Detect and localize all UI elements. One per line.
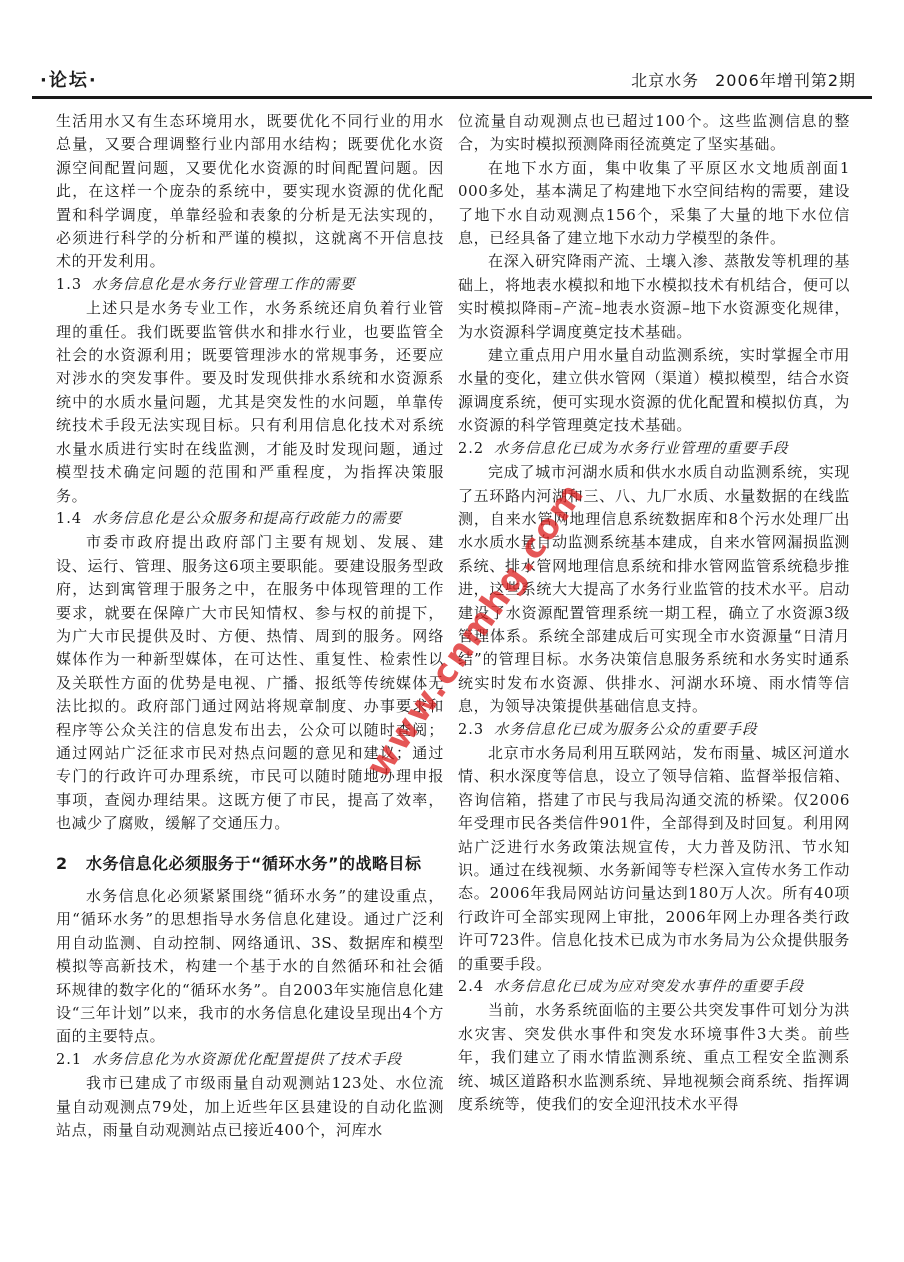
subsection-title: 水务信息化是水务行业管理工作的需要 <box>92 277 356 293</box>
journal-name: 北京水务 <box>631 71 699 90</box>
paragraph: 上述只是水务专业工作，水务系统还肩负着行业管理的重任。我们既要监管供水和排水行业… <box>56 297 444 508</box>
subsection-heading-2-1: 2.1水务信息化为水资源优化配置提供了技术手段 <box>56 1049 444 1072</box>
subsection-number: 2.1 <box>56 1049 92 1072</box>
journal-issue: 2006年增刊第2期 <box>715 71 856 90</box>
subsection-number: 2.4 <box>458 976 494 999</box>
subsection-title: 水务信息化为水资源优化配置提供了技术手段 <box>92 1052 402 1068</box>
subsection-number: 1.4 <box>56 508 92 531</box>
paragraph: 在地下水方面，集中收集了平原区水文地质剖面1 000多处，基本满足了构建地下水空… <box>458 157 850 251</box>
journal-info: 北京水务2006年增刊第2期 <box>631 68 856 91</box>
paragraph: 在深入研究降雨产流、土壤入渗、蒸散发等机理的基础上，将地表水模拟和地下水模拟技术… <box>458 250 850 344</box>
subsection-heading-1-3: 1.3水务信息化是水务行业管理工作的需要 <box>56 274 444 297</box>
paragraph: 完成了城市河湖水质和供水水质自动监测系统，实现了五环路内河湖和三、八、九厂水质、… <box>458 461 850 718</box>
subsection-heading-1-4: 1.4水务信息化是公众服务和提高行政能力的需要 <box>56 508 444 531</box>
paragraph: 我市已建成了市级雨量自动观测站123处、水位流量自动观测点79处，加上近些年区县… <box>56 1072 444 1142</box>
section-title: 水务信息化必须服务于“循环水务”的战略目标 <box>86 854 422 873</box>
subsection-title: 水务信息化已成为服务公众的重要手段 <box>494 722 758 738</box>
subsection-heading-2-4: 2.4水务信息化已成为应对突发水事件的重要手段 <box>458 976 850 999</box>
paragraph: 生活用水又有生态环境用水，既要优化不同行业的用水总量，又要合理调整行业内部用水结… <box>56 110 444 274</box>
subsection-number: 1.3 <box>56 274 92 297</box>
right-column: 位流量自动观测点也已超过100个。这些监测信息的整合，为实时模拟预测降雨径流奠定… <box>458 110 850 1116</box>
subsection-title: 水务信息化已成为水务行业管理的重要手段 <box>494 441 789 457</box>
subsection-heading-2-3: 2.3水务信息化已成为服务公众的重要手段 <box>458 719 850 742</box>
page-header <box>32 64 490 94</box>
paragraph: 当前，水务系统面临的主要公共突发事件可划分为洪水灾害、突发供水事件和突发水环境事… <box>458 999 850 1116</box>
section-number: 2 <box>56 852 86 875</box>
subsection-number: 2.3 <box>458 719 494 742</box>
paragraph: 北京市水务局利用互联网站，发布雨量、城区河道水情、积水深度等信息，设立了领导信箱… <box>458 742 850 976</box>
paragraph: 建立重点用户用水量自动监测系统，实时掌握全市用水量的变化，建立供水管网（渠道）模… <box>458 344 850 438</box>
section-heading-2: 2水务信息化必须服务于“循环水务”的战略目标 <box>56 852 444 875</box>
subsection-heading-2-2: 2.2水务信息化已成为水务行业管理的重要手段 <box>458 438 850 461</box>
header-divider <box>32 96 872 99</box>
paragraph: 位流量自动观测点也已超过100个。这些监测信息的整合，为实时模拟预测降雨径流奠定… <box>458 110 850 157</box>
column-label: ·论坛· <box>40 66 98 92</box>
subsection-title: 水务信息化是公众服务和提高行政能力的需要 <box>92 511 402 527</box>
subsection-title: 水务信息化已成为应对突发水事件的重要手段 <box>494 979 804 995</box>
left-column: 生活用水又有生态环境用水，既要优化不同行业的用水总量，又要合理调整行业内部用水结… <box>56 110 444 1142</box>
paragraph: 市委市政府提出政府部门主要有规划、发展、建设、运行、管理、服务这6项主要职能。要… <box>56 531 444 835</box>
paragraph: 水务信息化必须紧紧围绕“循环水务”的建设重点，用“循环水务”的思想指导水务信息化… <box>56 885 444 1049</box>
subsection-number: 2.2 <box>458 438 494 461</box>
